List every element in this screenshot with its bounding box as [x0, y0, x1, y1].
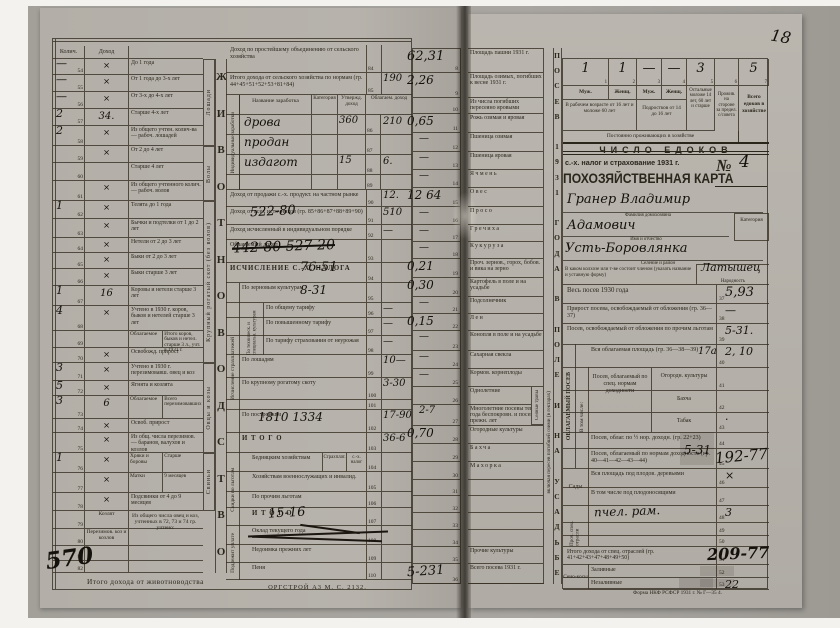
eater-value-cell: 12 [609, 59, 637, 86]
label-right: Всего перезимовавших [162, 396, 203, 418]
qty-cell: 75 [53, 433, 85, 452]
crop-row: Рожь озимая и яровая [468, 114, 544, 133]
row-number: 78 [78, 504, 84, 510]
qty-value: 2 [56, 107, 63, 120]
income-cell: × [85, 238, 129, 252]
calc-label: По общему тарифу [266, 303, 366, 317]
strip-cell: 2,269 [413, 73, 460, 98]
label-cell [129, 561, 203, 572]
grass-band: Сеяные травы [531, 386, 544, 425]
calc-row: Итого дохода от сельского хозяйства по н… [226, 73, 412, 95]
eater-col-index: 7 [765, 80, 767, 85]
label-split: Хряки и боровыСтарше [129, 453, 203, 472]
earn-name-cell: издагот [240, 155, 312, 174]
crop-row: Проч. зернов., горох, бобов. и вика на з… [468, 259, 544, 278]
calc-value: 190 [383, 73, 402, 84]
crop-row: Конопля в поле и на усадьбе [468, 331, 544, 351]
income-cell: × [85, 269, 129, 285]
qty-value: 3 [56, 394, 63, 407]
calc-row: По лошадям9910— [226, 355, 412, 378]
strip-cell: —24 [413, 351, 460, 369]
calc-value: — [383, 336, 393, 347]
strip-value: 0,70 [407, 426, 434, 440]
eater-value: 5 [739, 61, 768, 76]
assess-value-cell: 42 [716, 391, 769, 412]
row-number: 57 [78, 119, 84, 125]
value-cell: 510 [381, 207, 412, 224]
livestock-row: 60Старше 4 лет [53, 163, 203, 181]
livestock-row: 3736ОблагаемоеВсего перезимовавших [53, 396, 203, 419]
bee-frames-note: пчел. рам. [594, 503, 674, 520]
group-label: Свиньи [206, 469, 212, 494]
assess-row: Прирост посева, освобождаемый от обложен… [563, 304, 769, 324]
eater-value-cell: —4 [662, 59, 687, 86]
value-cell: 6. [381, 155, 412, 174]
label-left: Облагаемое [129, 396, 162, 418]
eater-group-teens: Подростков от 14 до 16 лет [637, 100, 687, 131]
crop-label: Пшеница яровая [470, 153, 542, 159]
strip-cell: 0,7028 [413, 426, 460, 444]
livestock-row: —56×От 3-х до 4-х лет [53, 92, 203, 109]
label-right: Итого коров, быков и нетел. старше 3 л.,… [162, 331, 203, 347]
assess-value-cell: 45192-77 [716, 449, 769, 468]
row-number: 66 [78, 279, 84, 285]
qty-cell: 66 [53, 269, 85, 285]
income-cell: 34. [85, 109, 129, 125]
strip-value: 62,31 [407, 49, 444, 64]
num-cell: 95 [366, 283, 381, 302]
table-top-double-rule [53, 41, 411, 42]
crop-row: Гречиха [468, 225, 544, 242]
eater-sex-label: Муж. [563, 86, 609, 100]
value-cell [381, 492, 412, 507]
income-cell: 6 [85, 396, 129, 418]
card-title: ПОХОЗЯЙСТВЕННАЯ КАРТА [563, 171, 703, 191]
income-value: × [85, 365, 128, 375]
label-text: Быки старше 3 лет [131, 270, 202, 276]
strip-cell: 5-23136 [413, 564, 460, 584]
value-cell [381, 472, 412, 491]
label-cell: Бычки и подтелки от 1 до 2 лет [129, 219, 203, 237]
spec-subcrop-label: Бахча [651, 391, 716, 412]
income-value: × [85, 77, 128, 87]
qty-cell: 79 [53, 511, 85, 528]
assessment-rows: Весь посев 1930 года375,93Прирост посева… [563, 284, 769, 590]
insurance-vertical-label: Исчисление страхплатежей [230, 337, 236, 400]
label-cell: Ягнята и козлята [129, 381, 203, 395]
crop-label: Конопля в поле и на усадьбе [470, 332, 542, 338]
crop-label: Бахча [470, 445, 542, 451]
assess-label: Итого дохода от спец. отраслей (гр. 41+4… [567, 547, 716, 564]
num-cell: 96 [366, 303, 381, 317]
assess-value-cell: 51209-77 [716, 547, 769, 564]
income-cell: × [85, 363, 129, 380]
calc-label: Хозяйствам военнослужащих и инвалид. [252, 472, 366, 491]
label-left: Матки [129, 473, 162, 492]
qty-cell: 78 [53, 493, 85, 510]
income-value: × [85, 271, 128, 281]
crop-row: Огородные культуры [468, 426, 544, 444]
assess-label [591, 536, 716, 546]
livestock-row: 572×Ягнята и козлята [53, 381, 203, 396]
row-number: 77 [78, 486, 84, 492]
including-band: В том числе: [576, 367, 589, 468]
row-number: 91 [368, 218, 374, 224]
strip-value: 0,30 [407, 278, 434, 292]
eater-value: 1 [563, 61, 608, 76]
spec-subcrop-label: Огородн. культуры [651, 368, 716, 390]
overlay-discount-total: 15-16 [268, 503, 329, 521]
livestock-row: 16716Коровы и нетели старше 3 лет [53, 286, 203, 306]
qty-cell: 162 [53, 201, 85, 218]
calc-row: Пеня110 [226, 563, 412, 580]
num-cell: 105 [366, 472, 381, 491]
qty-cell: 64 [53, 238, 85, 252]
value-cell [381, 545, 412, 562]
label-text: От 3-х до 4-х лет [131, 93, 202, 99]
value-cell [381, 526, 412, 544]
qty-cell: 572 [53, 381, 85, 395]
earn-category-cell [312, 175, 338, 189]
earn-name-cell [240, 175, 312, 189]
livestock-row: —55×От 1 года до 3-х лет [53, 75, 203, 92]
eater-col-index: 6 [735, 80, 737, 85]
livestock-row: 75×Из общ. числа перезимов. — баранов, в… [53, 433, 203, 453]
income-value: × [85, 308, 128, 318]
strip-value: — [419, 369, 429, 380]
num-cell: 90 [366, 190, 381, 206]
stamp-shade-53 [700, 579, 734, 587]
livestock-row: 64×Нетели от 2 до 3 лет [53, 238, 203, 253]
calc-label: По лошадям [242, 355, 366, 377]
earn-approved-cell [338, 135, 366, 154]
income-cell: × [85, 59, 129, 74]
eater-col-index: 2 [633, 80, 635, 85]
crop-label: Картофель в поле и на усадьбе [470, 279, 542, 291]
qty-cell: 373 [53, 396, 85, 418]
eater-value-cell: 35 [687, 59, 715, 86]
income-cell: × [85, 126, 129, 145]
livestock-row: 176×Хряки и боровыСтарше [53, 453, 203, 473]
assess-row: Вся облагаемая площадь (гр. 36—38—39)402… [563, 345, 769, 368]
assess-value-cell: 38— [716, 304, 769, 323]
including-label: В том числе: [579, 402, 585, 432]
calc-row: продан87 [226, 135, 412, 155]
gardens-label: Сады [569, 484, 583, 490]
label-split: Матки9 месяцев [129, 473, 203, 492]
label-cell [129, 546, 203, 560]
earnings-vertical-band: Индивидуальные заработки [226, 95, 240, 190]
livestock-row: 59×От 2 до 4 лет [53, 146, 203, 163]
calc-value: — [383, 225, 393, 236]
qty-cell: 74 [53, 419, 85, 432]
card-subtitle: с.-х. налог и страхование 1931 г. [565, 158, 715, 171]
crop-label: Проч. зернов., горох, бобов. и вика на з… [470, 260, 542, 272]
insurance-vertical-band: Исчисление страхплатежей [226, 283, 240, 453]
sheep-goat-note: Из общего числа овец и коз, учтенных в 7… [129, 511, 202, 544]
assess-value-cell: 47 [716, 488, 769, 505]
calc-row: Хозяйствам военнослужащих и инвалид.105 [226, 472, 412, 492]
livestock-row: 69ОблагаемоеИтого коров, быков и нетел. … [53, 331, 203, 348]
nationality-value: Латышец [701, 261, 761, 274]
assess-value: 5,93 [725, 285, 754, 300]
strip-value: — [419, 133, 429, 144]
card-number-value: 4 [739, 152, 763, 184]
value-cell [381, 400, 412, 409]
assess-row: Незаливные5322 [563, 578, 769, 590]
income-cell: × [85, 253, 129, 268]
crop-row: Кормов. корнеплоды [468, 369, 544, 387]
assess-label: Заливные [591, 565, 716, 577]
label-cell: От 2 до 4 лет [129, 146, 203, 162]
assess-value-cell: 375,93 [716, 285, 769, 303]
extra-value-40: 17а [698, 346, 724, 357]
assess-row-number: 38 [719, 316, 725, 322]
row-number: 102 [368, 426, 376, 432]
crop-label: Махорка [470, 463, 542, 469]
hayfields-band: Сено-косы [563, 564, 589, 589]
value-cell [381, 135, 412, 154]
income-cell: × [85, 306, 129, 330]
income-note: Перезимов. коз и козлов [86, 530, 127, 542]
extra-value-45: 5-31 [684, 443, 714, 457]
row-number: 99 [368, 371, 374, 377]
value-cell: 3-30 [381, 378, 412, 399]
crop-label: Подсолнечник [470, 298, 542, 304]
row-number: 55 [78, 85, 84, 91]
livestock-row: 78×Подсвинки от 4 до 9 месяцев [53, 493, 203, 511]
stamp-shade-52 [700, 566, 734, 576]
row-number: 71 [78, 374, 84, 380]
crop-row: Просо [468, 207, 544, 225]
strip-cell: 62,318 [413, 49, 460, 73]
crop-row: Пшеница озимая [468, 133, 544, 152]
strip-value: — [419, 170, 429, 181]
calc-value: 12. [383, 190, 399, 201]
assess-value-cell: 43· [716, 413, 769, 432]
assess-row: Весь посев 1930 года375,93 [563, 284, 769, 304]
row-number: 75 [78, 446, 84, 452]
crop-row: Площадь пашни 1931 г. [468, 49, 544, 73]
eater-group-adults: В рабочем возрасте от 16 лет и моложе 60… [563, 100, 637, 131]
num-cell: 88 [366, 155, 381, 174]
group-label: Лошади [206, 89, 212, 115]
row-number: 100 [368, 393, 376, 399]
strip-value: 5-231 [407, 563, 445, 581]
qty-cell: 468 [53, 306, 85, 330]
group-label: Волы [206, 165, 212, 183]
assess-row-number: 46 [719, 480, 725, 486]
row-number: 93 [368, 256, 374, 262]
assess-row-number: 44 [719, 441, 725, 447]
label-text: Телята до 1 года [131, 202, 202, 208]
livestock-row: 74×Освоб. прирост [53, 419, 203, 433]
eater-col-index: 4 [683, 80, 685, 85]
assess-row-number: 49 [719, 528, 725, 534]
strip-value: 12 64 [407, 188, 441, 202]
crop-label: Из числа погибших пересеяно яровыми [470, 99, 542, 111]
label-text: Коровы и нетели старше 3 лет [131, 287, 202, 300]
livestock-row: 65×Быки от 2 до 3 лет [53, 253, 203, 269]
income-column-header: Доход [85, 46, 129, 58]
label-cell: Освоб. прирост [129, 419, 203, 432]
assess-value: 192-77 [714, 445, 768, 468]
label-text: Подсвинки от 4 до 9 месяцев [131, 494, 202, 507]
earn-name: дрова [244, 115, 281, 129]
crop-row: Бахча [468, 444, 544, 462]
patronymic-handwritten: Адамович [567, 218, 727, 236]
strip-value: — [419, 207, 429, 218]
value-cell: — [381, 225, 412, 239]
qty-value: 1 [56, 284, 63, 297]
crop-label: Просо [470, 208, 542, 214]
assess-value-cell: 395-31. [716, 324, 769, 344]
label-cell: Из общего учтенного колич. — рабоч. воло… [129, 181, 203, 200]
qty-cell: 167 [53, 286, 85, 305]
calc-label: Итого дохода от сельского хозяйства по н… [230, 73, 366, 94]
earnings-header-category: Категория [312, 95, 338, 114]
qty-cell: —56 [53, 92, 85, 108]
income-value: 6 [85, 398, 128, 409]
earnings-header-approved: Утвержд. доход [338, 95, 366, 114]
row-number: 110 [368, 573, 376, 579]
crop-row: Ячмень [468, 170, 544, 188]
assess-row: 49 [563, 523, 769, 536]
calc-label: По повышенному тарифу [266, 318, 366, 335]
num-cell: 98 [366, 336, 381, 354]
assess-row-number: 37 [719, 296, 725, 302]
livestock-row: 61×Из общего учтенного колич. — рабоч. в… [53, 181, 203, 201]
qty-cell: 60 [53, 163, 85, 180]
overlay-tax-calc: 76-51 [300, 260, 360, 275]
row-number: 65 [78, 262, 84, 268]
income-cell: × [85, 381, 129, 395]
row-number: 86 [367, 128, 373, 134]
strip-cell: 35 [413, 547, 460, 564]
value-cell: — [381, 336, 412, 354]
eater-col5-label: Остальные моложе 14 лет, 60 лет и старше [687, 86, 715, 131]
strip-value: 0,21 [407, 259, 434, 273]
row-number: 61 [78, 194, 84, 200]
label-cell: Старше 4 лет [129, 163, 203, 180]
livestock-group-band: Овцы и козы [203, 363, 215, 453]
income-value: 34. [85, 111, 128, 122]
strip-cell: 10 [413, 98, 460, 114]
eater-col-index: 3 [658, 80, 660, 85]
livestock-row: 66×Быки старше 3 лет [53, 269, 203, 286]
label-cell: Учтено в 1930 г. коров, быков и нетелей … [129, 306, 203, 330]
strip-cell: 0,6511 [413, 114, 460, 133]
row-number: 94 [368, 276, 374, 282]
income-cell: × [85, 433, 129, 452]
eater-value-cell: 57 [739, 59, 769, 86]
earnings-header-taxable: Облагаем. доход [366, 95, 412, 114]
assess-value: 5-31. [725, 324, 753, 337]
qty-cell: 69 [53, 331, 85, 347]
qty-cell: —54 [53, 59, 85, 74]
row-number: 109 [368, 556, 376, 562]
strip-value: — [419, 152, 429, 163]
strip-cell: —18 [413, 242, 460, 259]
strip-cell: 26 [413, 387, 460, 405]
label-left: Хряки и боровы [129, 453, 162, 472]
crop-label: Рожь озимая и яровая [470, 115, 542, 121]
crop-row: Пшеница яровая [468, 152, 544, 170]
income-value: × [85, 475, 128, 485]
assess-value: 2, 10 [725, 345, 753, 358]
crop-label: Кукуруза [470, 243, 542, 249]
row-number: 68 [78, 324, 84, 330]
num-cell: 103 [366, 433, 381, 452]
row-number: 88 [367, 168, 373, 174]
assess-row-number: 48 [719, 515, 725, 521]
income-value: × [85, 240, 128, 250]
label-left: Облагаемое [129, 331, 162, 347]
livestock-row: 70×Освобожд. прирост [53, 348, 203, 363]
subcol-nalog: с.-х. налог [346, 453, 366, 471]
livestock-group-band: Крупный рогатый скот (без волов) [203, 201, 215, 363]
income-value: × [85, 383, 128, 393]
label-text: Освоб. прирост [131, 420, 202, 426]
residents-band: Постоянно проживающих в хозяйстве [563, 131, 739, 142]
label-cell: Из общ. числа перезимов. — баранов, валу… [129, 433, 203, 452]
eater-value: 3 [687, 61, 714, 76]
strip-cell: 0,2119 [413, 259, 460, 278]
assess-label: Прирост посева, освобождаемый от обложен… [567, 304, 716, 323]
group-label: Крупный рогатый скот (без волов) [206, 222, 212, 342]
calc-value: 510 [383, 207, 402, 218]
taxable-sowing-band: ОБЛАГАЕМЫЙ ПОСЕВ [563, 344, 576, 468]
eater-sex-label: Женщ. [662, 86, 687, 100]
row-number: 56 [78, 102, 84, 108]
crop-row: Махорка [468, 462, 544, 480]
strip-value: 2,26 [407, 73, 434, 87]
label-cell: Нетели от 2 до 3 лет [129, 238, 203, 252]
assess-row-number: 42 [719, 405, 725, 411]
right-footer: Форма НКФ РСФСР 1931 г. № Г—35 4. [585, 590, 770, 598]
crop-row: Подсолнечник [468, 297, 544, 314]
livestock-row: 77×Матки9 месяцев [53, 473, 203, 493]
group-label: Овцы и козы [206, 386, 212, 430]
label-text: Из общего учтен. колич-ва — рабоч. лошад… [131, 127, 202, 140]
crop-label: Кормов. корнеплоды [470, 370, 542, 376]
strip-value: — [419, 242, 429, 253]
label-text: Старше 4 лет [131, 164, 202, 170]
strip-value: — [419, 351, 429, 362]
assess-label [591, 523, 716, 535]
calc-label: Недоимка прежних лет [252, 545, 366, 562]
crop-row: Всего посева 1931 г. [468, 564, 544, 584]
strip-cell: 2-727 [413, 405, 460, 426]
strip-cell: —13 [413, 152, 460, 170]
crop-label: Площадь пашни 1931 г. [470, 50, 542, 56]
calc-label: По крупному рогатому скоту [242, 378, 366, 399]
earn-approved-cell: 360 [338, 115, 366, 134]
row-number: 84 [368, 66, 374, 72]
kolhoz-label: В каком колхозе или т-ве состоит членом … [565, 267, 693, 283]
label-right: Старше [162, 453, 203, 472]
label-cell: ОблагаемоеВсего перезимовавших [129, 396, 203, 418]
crop-row: Сахарная свекла [468, 351, 544, 369]
label-cell: ОблагаемоеИтого коров, быков и нетел. ст… [129, 331, 203, 347]
calc-row: издагот15886. [226, 155, 412, 175]
strip-cell: 29 [413, 444, 460, 462]
row-number: 76 [78, 466, 84, 472]
label-cell: Учтено в 1930 г. перезимовавш. овец и ко… [129, 363, 203, 380]
income-value: × [85, 203, 128, 213]
assess-value: × [725, 469, 734, 482]
earn-name-cell: дрова [240, 115, 312, 134]
